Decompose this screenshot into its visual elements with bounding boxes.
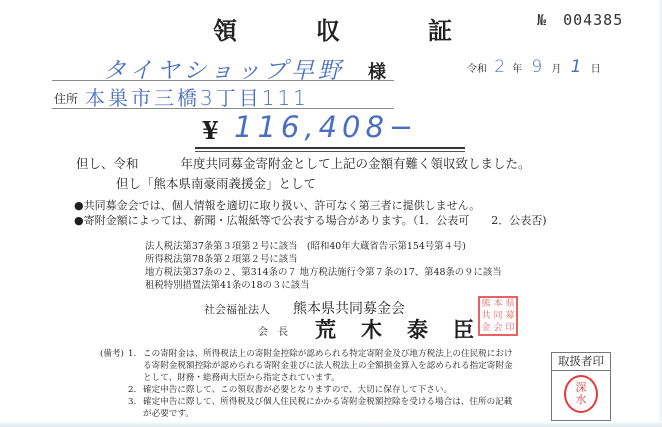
date-month: 9 [531,57,542,77]
notice-privacy: ●共同募金会では、個人情報を適切に取り扱い、許可なく第三者に提供しません。 [74,197,480,213]
seal-char: 同 [492,310,504,322]
issuer-name: 荒 木 泰 臣 [315,314,476,344]
handler-stamp-box: 取扱者印 深 水 [551,352,611,421]
seal-char: 本 [492,298,504,310]
issuer-org-type: 社会福祉法人 [204,301,270,317]
page-bottom-edge [0,421,662,427]
date-era: 令和 [467,64,487,75]
purpose-prefix: 但し、令和 [76,156,139,171]
handler-label: 取扱者印 [552,353,610,371]
date-year: 2 [494,57,505,77]
issuer-title: 会 長 [258,323,288,338]
seal-char: 共 [480,310,492,322]
title-char-3: 証 [428,11,452,46]
date-day-unit: 日 [591,64,601,75]
address-underline [52,108,394,109]
amount-underline-2 [195,151,465,152]
seal-char: 県 [504,298,516,310]
seal-char: 金 [480,322,492,334]
title-char-1: 領 [213,11,237,46]
seal-char: 熊 [480,298,492,310]
amount-underline-1 [195,147,465,149]
purpose-suffix: 年度共同募金寄附金として上記の金額有難く領収致しました。 [181,156,531,171]
serial-label: № [537,11,547,29]
currency-symbol: ¥ [202,116,219,145]
purpose-line-2: 但し「熊本県南豪雨義援金」として [116,174,316,192]
handler-seal-char-2: 水 [576,394,587,406]
serial-number: № 004385 [537,11,623,29]
remarks-label: (備考) [100,349,124,361]
legal-ref-3: 地方税法第37条の２、第314条の７ 地方税法施行令第７条の17、第48条の９に… [145,264,502,278]
notice-publication: ●寄附金額によっては、新聞・広報紙等で公表する場合があります。（1．公表可 2．… [74,212,547,228]
remark-1-line-1: この寄附金は、所得税法上の寄附金控除が認められる特定寄附金及び地方税法上の住民税… [143,349,513,361]
address-label: 住所 [54,90,78,107]
address-value: 本巣市三橋3丁目111 [85,82,309,111]
remark-3-line-1: 確定申告に際して、所得税及び個人住民税にかかる寄附金税額控除を受ける場合は、住所… [143,397,512,409]
remark-1-line-2: る寄附金税額控除が認められる寄附金並びに法人税法上の全額損金算入を認められる指定… [143,361,513,373]
remark-3-line-2: が必要です。 [143,409,194,421]
date-month-unit: 月 [551,64,561,75]
handler-seal: 深 水 [564,375,598,413]
legal-ref-4: 租税特別措置法第41条の18の３に該当 [145,277,310,291]
remark-1-num: 1. [128,349,136,361]
remark-3-num: 3. [128,397,136,409]
seal-char: 印 [504,322,516,334]
page-edge [658,0,662,427]
remark-1-line-3: として、財務・総務両大臣から指定されています。 [143,373,340,385]
seal-char: 募 [504,310,516,322]
legal-ref-1: 法人税法第37条第３項第２号に該当 (昭和40年大蔵省告示第154号第４号) [145,238,466,252]
purpose-line-1: 但し、令和 年度共同募金寄附金として上記の金額有難く領収致しました。 [76,154,531,172]
remark-2-num: 2. [128,385,136,397]
seal-char: 会 [492,322,504,334]
title-char-2: 収 [316,11,340,46]
legal-ref-2: 所得税法第78条第２項第２号に該当 [145,251,298,265]
date-day: 1 [571,57,582,77]
organization-seal: 熊 本 県 共 同 募 金 会 印 [478,296,518,336]
remark-2-line-1: 確定申告に際して、この領収書が必要となりますので、大切に保存して下さい。 [143,385,452,397]
date-year-unit: 年 [512,64,522,75]
issue-date: 令和 2 年 9 月 1 日 [467,57,601,77]
amount-value: 116,408− [234,110,418,144]
name-underline [52,80,394,81]
serial-value: 004385 [563,11,623,29]
